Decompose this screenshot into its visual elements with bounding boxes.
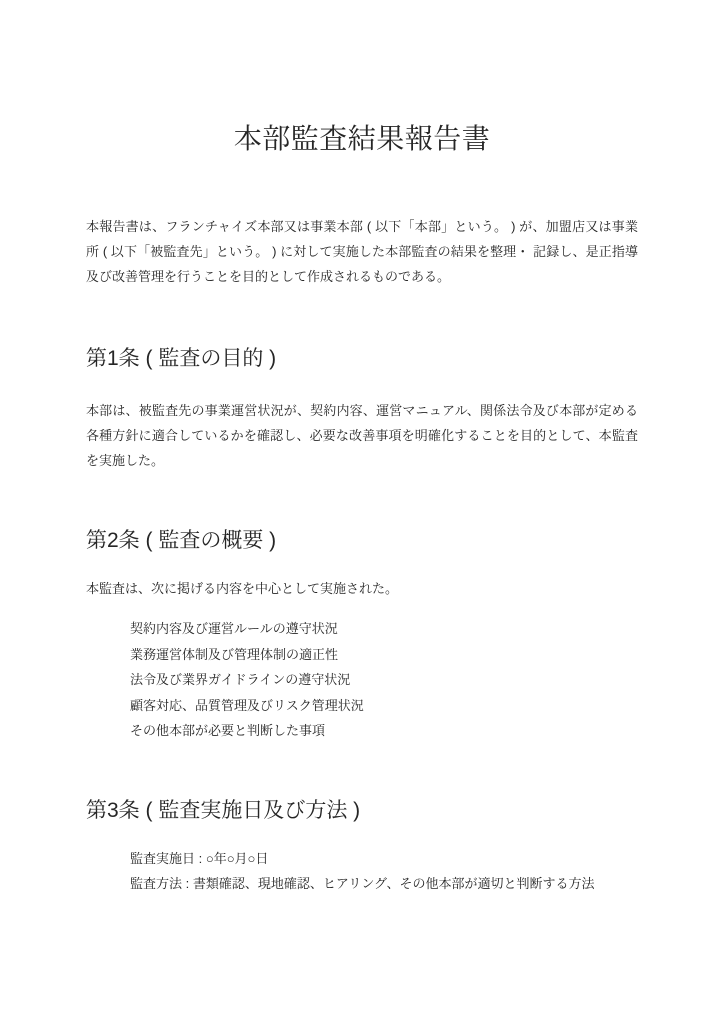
section-audit-overview: 第2条 ( 監査の概要 ) 本監査は、次に掲げる内容を中心として実施された。 契… [86, 527, 638, 744]
list-item: 監査実施日 : ○年○月○日 [130, 846, 638, 872]
list-item: 監査方法 : 書類確認、現地確認、ヒアリング、その他本部が適切と判断する方法 [130, 871, 638, 897]
list-item: 契約内容及び運営ルールの遵守状況 [130, 616, 638, 642]
section-3-heading: 第3条 ( 監査実施日及び方法 ) [86, 797, 638, 825]
section-2-body: 本監査は、次に掲げる内容を中心として実施された。 [86, 576, 638, 601]
section-3-item-list: 監査実施日 : ○年○月○日 監査方法 : 書類確認、現地確認、ヒアリング、その… [86, 846, 638, 897]
section-2-item-list: 契約内容及び運営ルールの遵守状況 業務運営体制及び管理体制の適正性 法令及び業界… [86, 616, 638, 744]
intro-paragraph: 本報告書は、フランチャイズ本部又は事業本部 ( 以下「本部」という。 ) が、加… [86, 214, 638, 289]
section-1-heading: 第1条 ( 監査の目的 ) [86, 345, 638, 373]
list-item: 業務運営体制及び管理体制の適正性 [130, 642, 638, 668]
section-1-body: 本部は、被監査先の事業運営状況が、契約内容、運営マニュアル、関係法令及び本部が定… [86, 398, 638, 473]
list-item: 顧客対応、品質管理及びリスク管理状況 [130, 693, 638, 719]
list-item: 法令及び業界ガイドラインの遵守状況 [130, 667, 638, 693]
section-audit-purpose: 第1条 ( 監査の目的 ) 本部は、被監査先の事業運営状況が、契約内容、運営マニ… [86, 345, 638, 473]
list-item: その他本部が必要と判断した事項 [130, 718, 638, 744]
section-audit-date-method: 第3条 ( 監査実施日及び方法 ) 監査実施日 : ○年○月○日 監査方法 : … [86, 797, 638, 897]
document-page: 本部監査結果報告書 本報告書は、フランチャイズ本部又は事業本部 ( 以下「本部」… [0, 0, 724, 1024]
section-2-heading: 第2条 ( 監査の概要 ) [86, 527, 638, 555]
document-title: 本部監査結果報告書 [86, 123, 638, 155]
